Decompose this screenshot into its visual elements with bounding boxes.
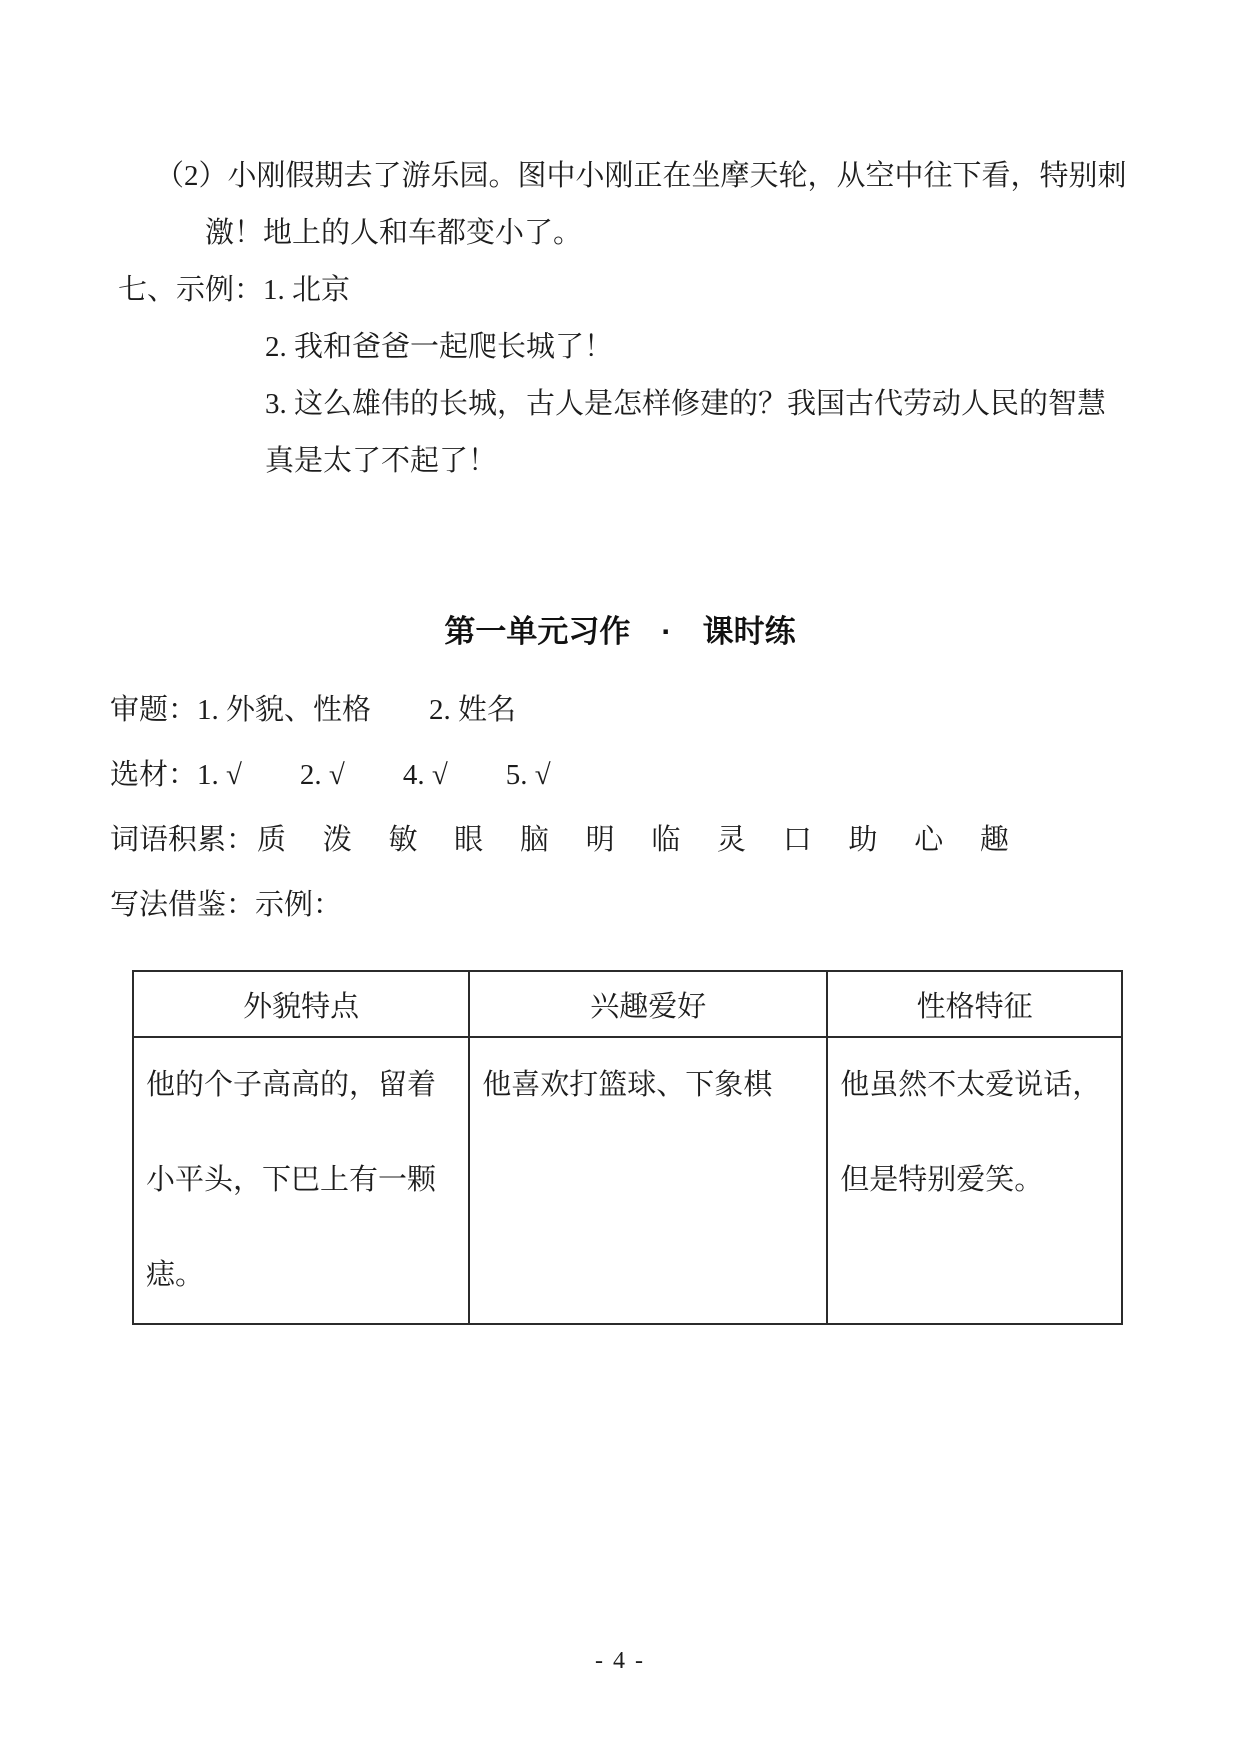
review-vocab-line: 词语积累： 质 泼 敏 眼 脑 明 临 灵 口 助 心 趣 (110, 808, 1130, 873)
review-material-label: 选材： (110, 759, 197, 791)
vocab-word: 质 (257, 808, 286, 873)
vocab-word: 趣 (980, 808, 1009, 873)
unit-review-block: 审题：1. 外貌、性格 2. 姓名 选材：1. √ 2. √ 4. √ 5. √… (110, 678, 1130, 938)
answer-q7-line1: 七、示例：1. 北京 (118, 262, 1130, 319)
table-cell-character: 他虽然不太爱说话，但是特别爱笑。 (827, 1037, 1122, 1324)
review-method-line: 写法借鉴：示例： (110, 873, 1130, 938)
writing-sample-table-head: 外貌特点 兴趣爱好 性格特征 (133, 971, 1122, 1037)
vocab-word: 眼 (454, 808, 483, 873)
review-vocab-words: 质 泼 敏 眼 脑 明 临 灵 口 助 心 趣 (257, 808, 1009, 873)
vocab-word: 脑 (520, 808, 549, 873)
worksheet-page: （2）小刚假期去了游乐园。图中小刚正在坐摩天轮，从空中往下看，特别刺 激！地上的… (0, 0, 1240, 1754)
answer-item2-line2: 激！地上的人和车都变小了。 (205, 205, 1130, 262)
table-header-appearance: 外貌特点 (133, 971, 469, 1037)
table-cell-hobby: 他喜欢打篮球、下象棋 (469, 1037, 827, 1324)
review-material-line: 选材：1. √ 2. √ 4. √ 5. √ (110, 743, 1130, 808)
answers-section: （2）小刚假期去了游乐园。图中小刚正在坐摩天轮，从空中往下看，特别刺 激！地上的… (110, 148, 1130, 490)
writing-sample-table-body: 他的个子高高的，留着小平头，下巴上有一颗痣。 他喜欢打篮球、下象棋 他虽然不太爱… (133, 1037, 1122, 1324)
table-header-row: 外貌特点 兴趣爱好 性格特征 (133, 971, 1122, 1037)
unit-section-heading: 第一单元习作 · 课时练 (110, 602, 1130, 662)
writing-sample-table: 外貌特点 兴趣爱好 性格特征 他的个子高高的，留着小平头，下巴上有一颗痣。 他喜… (132, 970, 1123, 1325)
answer-q7-item3-line2: 真是太了不起了！ (265, 433, 1130, 490)
review-topic-line: 审题：1. 外貌、性格 2. 姓名 (110, 678, 1130, 743)
review-vocab-label: 词语积累： (110, 808, 255, 873)
answer-item2-line1: （2）小刚假期去了游乐园。图中小刚正在坐摩天轮，从空中往下看，特别刺 (155, 148, 1130, 205)
vocab-word: 敏 (388, 808, 417, 873)
review-material-answers: 1. √ 2. √ 4. √ 5. √ (197, 759, 551, 791)
review-topic-answers: 1. 外貌、性格 2. 姓名 (197, 694, 516, 726)
vocab-word: 灵 (717, 808, 746, 873)
answer-q7-item2: 2. 我和爸爸一起爬长城了！ (265, 319, 1130, 376)
vocab-word: 临 (651, 808, 680, 873)
review-topic-label: 审题： (110, 694, 197, 726)
vocab-word: 泼 (323, 808, 352, 873)
vocab-word: 口 (783, 808, 812, 873)
answer-q7-item3-line1: 3. 这么雄伟的长城，古人是怎样修建的？我国古代劳动人民的智慧 (265, 376, 1130, 433)
vocab-word: 助 (848, 808, 877, 873)
table-header-hobby: 兴趣爱好 (469, 971, 827, 1037)
table-row: 他的个子高高的，留着小平头，下巴上有一颗痣。 他喜欢打篮球、下象棋 他虽然不太爱… (133, 1037, 1122, 1324)
vocab-word: 心 (914, 808, 943, 873)
vocab-word: 明 (586, 808, 615, 873)
table-cell-appearance: 他的个子高高的，留着小平头，下巴上有一颗痣。 (133, 1037, 469, 1324)
page-number: - 4 - (0, 1648, 1240, 1675)
table-header-character: 性格特征 (827, 971, 1122, 1037)
